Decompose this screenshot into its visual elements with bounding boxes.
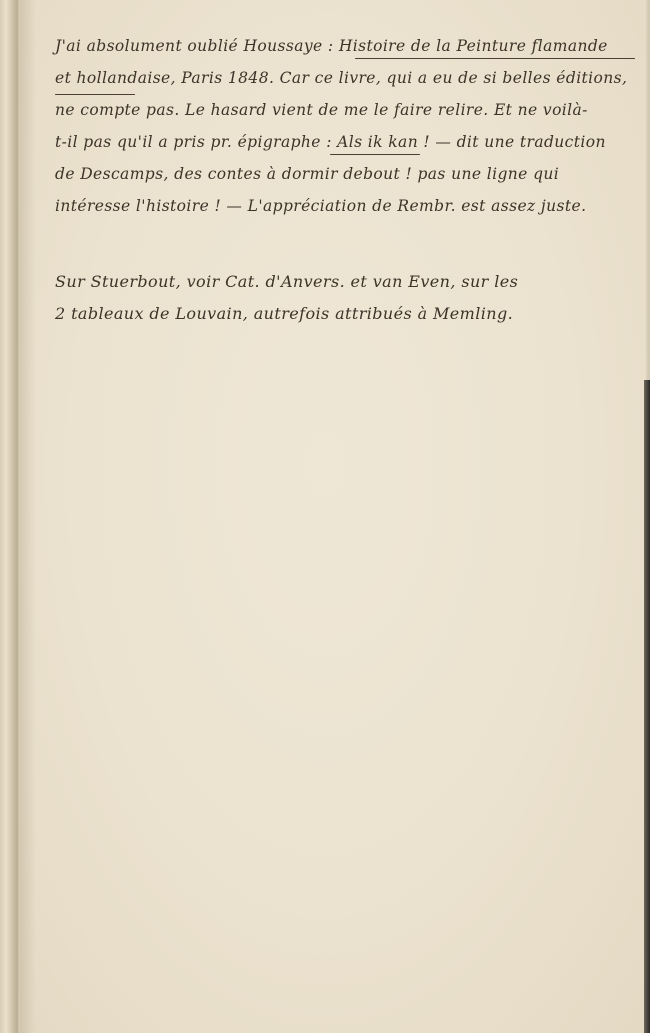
text-line: 2 tableaux de Louvain, autrefois attribu… xyxy=(55,304,513,324)
text-line: Sur Stuerbout, voir Cat. d'Anvers. et va… xyxy=(55,272,518,292)
page-edge-shadow xyxy=(644,380,650,1033)
manuscript-page: J'ai absolument oublié Houssaye : Histoi… xyxy=(0,0,650,1033)
title-underline xyxy=(355,58,635,59)
text-line: J'ai absolument oublié Houssaye : Histoi… xyxy=(55,36,608,56)
text-line: ne compte pas. Le hasard vient de me le … xyxy=(55,100,588,120)
text-line: intéresse l'histoire ! — L'appréciation … xyxy=(55,196,586,216)
title-underline xyxy=(55,94,135,95)
text-line: et hollandaise, Paris 1848. Car ce livre… xyxy=(55,68,627,88)
page-edge-top xyxy=(646,0,650,380)
binding-gutter xyxy=(0,0,20,1033)
text-line: t-il pas qu'il a pris pr. épigraphe : Al… xyxy=(55,132,606,152)
motto-underline xyxy=(330,154,420,155)
text-line: de Descamps, des contes à dormir debout … xyxy=(55,164,559,184)
gutter-shadow xyxy=(20,0,36,1033)
